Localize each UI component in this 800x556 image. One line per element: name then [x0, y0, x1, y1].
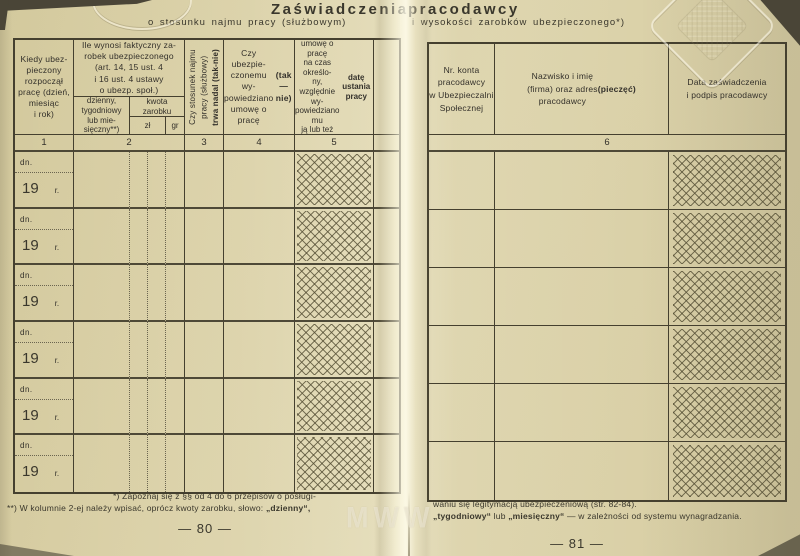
- crosshatch-fill: [297, 154, 371, 205]
- notice-cell: [224, 379, 295, 436]
- zl-cell-a: [130, 322, 148, 379]
- termination-cell: [295, 152, 374, 209]
- rotated-text: Czy stosunek najmu pracy (służbowy) trwa…: [187, 49, 222, 126]
- year-label: 19: [22, 237, 39, 254]
- column-number-edge: [374, 135, 399, 152]
- relation-cell: [185, 152, 224, 209]
- gr-cell: [166, 379, 185, 436]
- notice-text: Czy ubezpie- czonemu wy- powiedziano umo…: [224, 48, 273, 125]
- zl-cell-b: [148, 209, 166, 266]
- date-cell: dn.19r.: [15, 265, 74, 322]
- relation-text: Czy stosunek najmu pracy (służbowy): [188, 49, 209, 125]
- scan-edge-top-left: [0, 0, 9, 30]
- edge-strip-cell: [374, 379, 399, 436]
- edge-strip-cell: [374, 209, 399, 266]
- notice-cell: [224, 322, 295, 379]
- crosshatch-fill: [673, 155, 781, 206]
- employer-cell: [495, 268, 669, 326]
- right-form-table: Nr. konta pracodawcy w Ubezpieczalni Spo…: [427, 42, 787, 502]
- crosshatch-fill: [673, 271, 781, 322]
- termination-cell: [295, 322, 374, 379]
- header-employer-name: Nazwisko i imię (firma) oraz adres praco…: [495, 44, 669, 135]
- relation-cell: [185, 265, 224, 322]
- page-subtitle-right: i wysokości zarobków ubezpieczonego*): [412, 17, 625, 28]
- header-earnings-kind: dzienny, tygodniowy lub mie- sięczny**): [74, 97, 130, 135]
- relation-cell: [185, 379, 224, 436]
- earnings-kind-cell: [74, 379, 130, 436]
- zl-cell-b: [148, 379, 166, 436]
- header-notice: Czy ubezpie- czonemu wy- powiedziano umo…: [224, 40, 295, 135]
- r-label: r.: [55, 243, 59, 252]
- notice-cell: [224, 152, 295, 209]
- termination-text: Jeżeli z ubezpie- czonym zawarto umowę o…: [295, 40, 339, 135]
- account-cell: [429, 268, 495, 326]
- year-label: 19: [22, 407, 39, 424]
- footnote-right-2-bold1: „tygodniowy“: [433, 511, 491, 521]
- unit-gr-label: gr: [166, 117, 185, 135]
- year-label: 19: [22, 180, 39, 197]
- edge-strip-cell: [374, 152, 399, 209]
- dn-label: dn.: [15, 265, 73, 286]
- scan-corner-top-left: [0, 0, 152, 11]
- crosshatch-fill: [297, 381, 371, 432]
- notice-cell: [224, 265, 295, 322]
- date-signature-cell: [669, 152, 785, 210]
- zl-cell-b: [148, 322, 166, 379]
- footnote-left-2-bold: „dzienny“,: [266, 503, 311, 513]
- zl-cell-a: [130, 152, 148, 209]
- column-number-5: 5: [295, 135, 374, 152]
- scanned-document-spread: Zaświadczenia pracodawcy o stosunku najm…: [0, 0, 800, 556]
- r-label: r.: [55, 356, 59, 365]
- header-termination: Jeżeli z ubezpie- czonym zawarto umowę o…: [295, 40, 374, 135]
- header-relation-rotated: Czy stosunek najmu pracy (służbowy) trwa…: [185, 40, 224, 135]
- gr-cell: [166, 265, 185, 322]
- footnote-right-2: „tygodniowy“ lub „miesięczny“ — w zależn…: [433, 511, 742, 521]
- footnote-right-2-end: — w zależności od systemu wynagradzania.: [564, 511, 741, 521]
- r-label: r.: [55, 469, 59, 478]
- account-cell: [429, 210, 495, 268]
- left-form-table: Kiedy ubez- pieczony rozpoczął pracę (dz…: [13, 38, 401, 494]
- column-number-2: 2: [74, 135, 185, 152]
- date-signature-cell: [669, 268, 785, 326]
- page-number-right: — 81 —: [532, 536, 622, 551]
- scan-corner-bottom-right: [758, 532, 800, 556]
- footnote-right-2-bold2: „miesięczny“: [508, 511, 564, 521]
- page-title-left: Zaświadczenia: [271, 1, 409, 18]
- footnote-left-1: *) Zapoznaj się z §§ od 4 do 6 przepisów…: [113, 491, 316, 501]
- dn-label: dn.: [15, 379, 73, 400]
- relation-cell: [185, 435, 224, 492]
- gr-cell: [166, 152, 185, 209]
- employer-stamp-text: (pieczęć): [598, 83, 636, 96]
- earnings-kind-cell: [74, 322, 130, 379]
- earnings-kind-cell: [74, 265, 130, 322]
- footnote-right-2-mid: lub: [491, 511, 508, 521]
- column-number-3: 3: [185, 135, 224, 152]
- dn-label: dn.: [15, 435, 73, 456]
- year-label: 19: [22, 293, 39, 310]
- date-signature-cell: [669, 442, 785, 500]
- gr-cell: [166, 435, 185, 492]
- date-cell: dn.19r.: [15, 209, 74, 266]
- crosshatch-fill: [673, 445, 781, 497]
- earnings-kind-cell: [74, 209, 130, 266]
- termination-text-bold: datę ustania pracy: [339, 73, 373, 102]
- termination-cell: [295, 209, 374, 266]
- employer-name-text: Nazwisko i imię (firma) oraz adres praco…: [527, 70, 598, 108]
- header-account-number: Nr. konta pracodawcy w Ubezpieczalni Spo…: [429, 44, 495, 135]
- date-signature-cell: [669, 210, 785, 268]
- employer-cell: [495, 326, 669, 384]
- account-cell: [429, 442, 495, 500]
- page-subtitle-left: o stosunku najmu pracy (służbowym): [148, 17, 346, 28]
- header-start-date: Kiedy ubez- pieczony rozpoczął pracę (dz…: [15, 40, 74, 135]
- dn-label: dn.: [15, 152, 73, 173]
- zl-cell-b: [148, 152, 166, 209]
- notice-text-bold: (tak — nie): [273, 70, 294, 103]
- notice-cell: [224, 209, 295, 266]
- crosshatch-fill: [673, 329, 781, 380]
- zl-cell-a: [130, 265, 148, 322]
- crosshatch-fill: [673, 387, 781, 438]
- footnote-right-1: waniu się legitymacją ubezpieczeniową (s…: [433, 499, 637, 509]
- unit-zl-label: zł: [130, 117, 166, 135]
- header-earnings-amount: kwota zarobku: [130, 97, 185, 117]
- page-number-left: — 80 —: [160, 521, 250, 536]
- year-label: 19: [22, 463, 39, 480]
- header-earnings: Ile wynosi faktyczny za- robek ubezpiecz…: [74, 40, 185, 97]
- zl-cell-a: [130, 209, 148, 266]
- crosshatch-fill: [297, 211, 371, 262]
- employer-cell: [495, 442, 669, 500]
- crosshatch-fill: [297, 267, 371, 318]
- notice-cell: [224, 435, 295, 492]
- r-label: r.: [55, 299, 59, 308]
- earnings-kind-cell: [74, 435, 130, 492]
- archive-watermark: MWW: [346, 502, 434, 535]
- zl-cell-a: [130, 379, 148, 436]
- column-number-4: 4: [224, 135, 295, 152]
- employer-cell: [495, 210, 669, 268]
- date-signature-cell: [669, 326, 785, 384]
- account-cell: [429, 326, 495, 384]
- zl-cell-a: [130, 435, 148, 492]
- relation-cell: [185, 322, 224, 379]
- scan-corner-bottom-left: [0, 544, 74, 556]
- date-signature-cell: [669, 384, 785, 442]
- employer-cell: [495, 384, 669, 442]
- header-certificate-date: Data zaświadczenia i podpis pracodawcy: [669, 44, 785, 135]
- date-cell: dn.19r.: [15, 379, 74, 436]
- edge-strip-cell: [374, 435, 399, 492]
- crosshatch-fill: [673, 213, 781, 264]
- header-edge-strip: [374, 40, 399, 135]
- date-cell: dn.19r.: [15, 322, 74, 379]
- zl-cell-b: [148, 265, 166, 322]
- footnote-left-2: **) W kolumnie 2-ej należy wpisać, opróc…: [7, 503, 310, 513]
- gr-cell: [166, 209, 185, 266]
- dn-label: dn.: [15, 209, 73, 230]
- crosshatch-fill: [297, 437, 371, 490]
- page-title-right: pracodawcy: [408, 1, 520, 18]
- date-cell: dn.19r.: [15, 435, 74, 492]
- termination-cell: [295, 379, 374, 436]
- footnote-left-2-text: **) W kolumnie 2-ej należy wpisać, opróc…: [7, 503, 266, 513]
- termination-cell: [295, 435, 374, 492]
- edge-strip-cell: [374, 265, 399, 322]
- earnings-kind-cell: [74, 152, 130, 209]
- account-cell: [429, 384, 495, 442]
- r-label: r.: [55, 413, 59, 422]
- year-label: 19: [22, 350, 39, 367]
- termination-cell: [295, 265, 374, 322]
- r-label: r.: [55, 186, 59, 195]
- column-number-6: 6: [429, 135, 785, 152]
- dn-label: dn.: [15, 322, 73, 343]
- date-cell: dn.19r.: [15, 152, 74, 209]
- relation-text-bold: trwa nadal (tak-nie): [211, 49, 220, 126]
- crosshatch-fill: [297, 324, 371, 375]
- employer-cell: [495, 152, 669, 210]
- column-number-1: 1: [15, 135, 74, 152]
- gr-cell: [166, 322, 185, 379]
- zl-cell-b: [148, 435, 166, 492]
- account-cell: [429, 152, 495, 210]
- relation-cell: [185, 209, 224, 266]
- edge-strip-cell: [374, 322, 399, 379]
